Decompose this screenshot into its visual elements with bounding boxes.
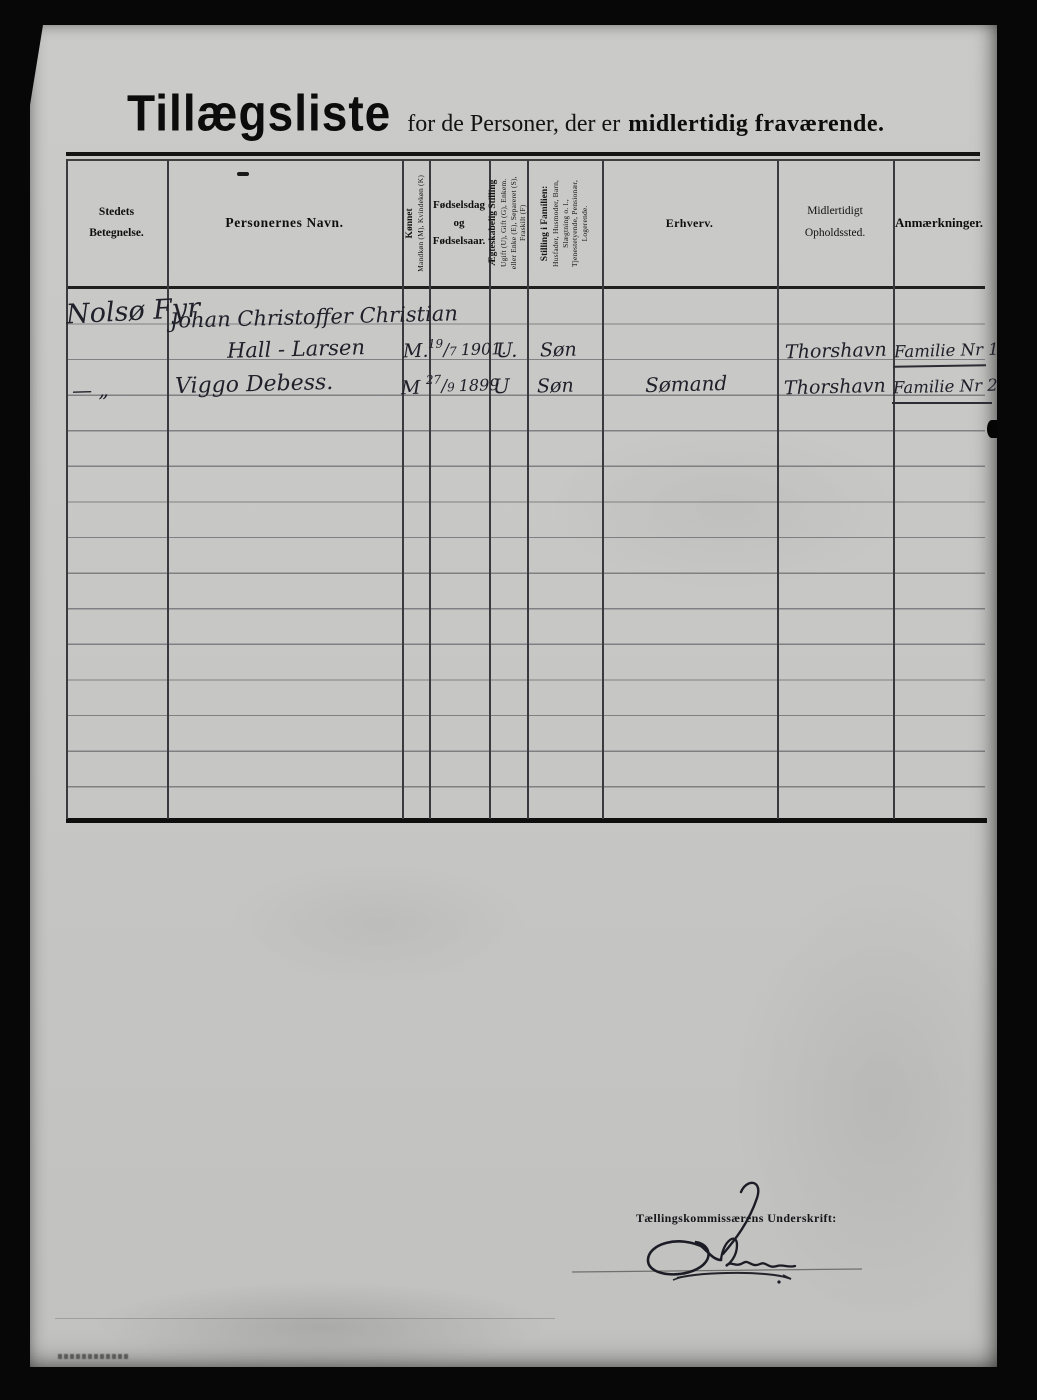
paper-crease bbox=[55, 1318, 555, 1319]
column-header-subtext: Mandkøn (M), Kvindekøn (K) bbox=[417, 175, 426, 272]
entry-occupation: Sømand bbox=[645, 371, 728, 397]
birthdate-month: 7 bbox=[449, 344, 457, 358]
rotated-header-text: Ægteskabelig Stilling Ugift (U), Gift (G… bbox=[488, 176, 528, 269]
column-header-label: Fødselsdag og Fødselsaar. bbox=[431, 196, 487, 250]
paper-corner-shadow bbox=[30, 25, 43, 105]
column-header-label: Stedets Betegnelse. bbox=[82, 202, 152, 243]
column-header-label: Stilling i Familien: bbox=[540, 179, 551, 266]
entry-remark: Familie Nr 1 bbox=[894, 340, 999, 362]
title-subtitle-bold: midlertidig fraværende. bbox=[628, 111, 884, 137]
signature-initial-o bbox=[648, 1241, 721, 1274]
entry-remark: Familie Nr 2 bbox=[893, 376, 998, 398]
entry-sex: M bbox=[401, 377, 421, 400]
signature-ascender-loop bbox=[723, 1183, 758, 1254]
rotated-header-text: Kønnet Mandkøn (M), Kvindekøn (K) bbox=[405, 175, 426, 272]
column-header-anmaerkninger: Anmærkninger. bbox=[893, 160, 985, 286]
column-header-personernes-navn: Personernes Navn. bbox=[167, 160, 402, 286]
column-header-label: Midlertidigt Opholdssted. bbox=[791, 201, 879, 245]
signature-baseline bbox=[572, 1269, 862, 1272]
entry-sex: M. bbox=[403, 340, 429, 363]
commissioner-signature bbox=[545, 1178, 885, 1293]
title-subtitle: for de Personer, der ermidlertidig fravæ… bbox=[407, 111, 884, 138]
column-header-midlertidigt-opholdssted: Midlertidigt Opholdssted. bbox=[777, 160, 893, 286]
column-header-foedselsdag: Fødselsdag og Fødselsaar. bbox=[429, 160, 489, 286]
birthdate-day: 19 bbox=[428, 337, 444, 351]
column-header-label: Ægteskabelig Stilling bbox=[488, 176, 499, 269]
entry-marital-status: U bbox=[493, 374, 510, 398]
column-header-label: Anmærkninger. bbox=[895, 215, 983, 231]
entry-birthdate: 27/91899 bbox=[426, 371, 500, 397]
paper-edge-nick bbox=[987, 420, 997, 438]
entry-family-position: Søn bbox=[537, 375, 574, 398]
entry-name-line1: Viggo Debess. bbox=[175, 370, 334, 399]
printer-mark bbox=[58, 1354, 130, 1359]
column-header-label: Erhverv. bbox=[666, 216, 713, 231]
title-main: Tillægsliste bbox=[127, 87, 391, 138]
column-header-aegteskabelig-stilling: Ægteskabelig Stilling Ugift (U), Gift (G… bbox=[489, 162, 527, 284]
page-title: Tillægsliste for de Personer, der ermidl… bbox=[127, 92, 885, 138]
column-header-koennet: Kønnet Mandkøn (M), Kvindekøn (K) bbox=[402, 162, 429, 284]
column-header-subtext: Husfader, Husmoder, Barn, bbox=[551, 179, 560, 266]
column-header-label: Personernes Navn. bbox=[225, 215, 343, 231]
birthdate-month: 9 bbox=[447, 380, 455, 394]
entry-name-line2: Hall - Larsen bbox=[227, 335, 366, 363]
column-header-subtext: Tjenestetyende, Pensionær, bbox=[570, 179, 579, 266]
column-header-subtext: Slægtning o. l., bbox=[561, 179, 570, 266]
remark-underline bbox=[892, 402, 992, 404]
column-header-stedets-betegnelse: Stedets Betegnelse. bbox=[66, 160, 167, 286]
column-header-subtext: Ugift (U), Gift (G), Enkem. bbox=[500, 176, 509, 269]
top-double-rule-thick bbox=[66, 152, 980, 156]
column-header-label: Kønnet bbox=[405, 175, 416, 272]
entry-temporary-residence: Thorshavn bbox=[784, 375, 886, 400]
entry-family-position: Søn bbox=[540, 339, 577, 362]
title-subtitle-regular: for de Personer, der er bbox=[407, 111, 620, 137]
entry-temporary-residence: Thorshavn bbox=[785, 339, 887, 364]
column-header-subtext: Logerende. bbox=[580, 179, 589, 266]
entry-place-ditto: — „ bbox=[72, 378, 109, 403]
birthdate-day: 27 bbox=[426, 373, 442, 387]
entry-marital-status: U. bbox=[496, 338, 518, 363]
rotated-header-text: Stilling i Familien: Husfader, Husmoder,… bbox=[540, 179, 589, 266]
scanned-census-page: Tillægsliste for de Personer, der ermidl… bbox=[0, 0, 1037, 1400]
table-row-rulings bbox=[66, 289, 985, 817]
column-header-erhverv: Erhverv. bbox=[602, 160, 777, 286]
column-header-stilling-i-familien: Stilling i Familien: Husfader, Husmoder,… bbox=[527, 162, 602, 284]
signature-dot bbox=[777, 1280, 780, 1283]
signature-flourish-line bbox=[677, 1273, 791, 1279]
